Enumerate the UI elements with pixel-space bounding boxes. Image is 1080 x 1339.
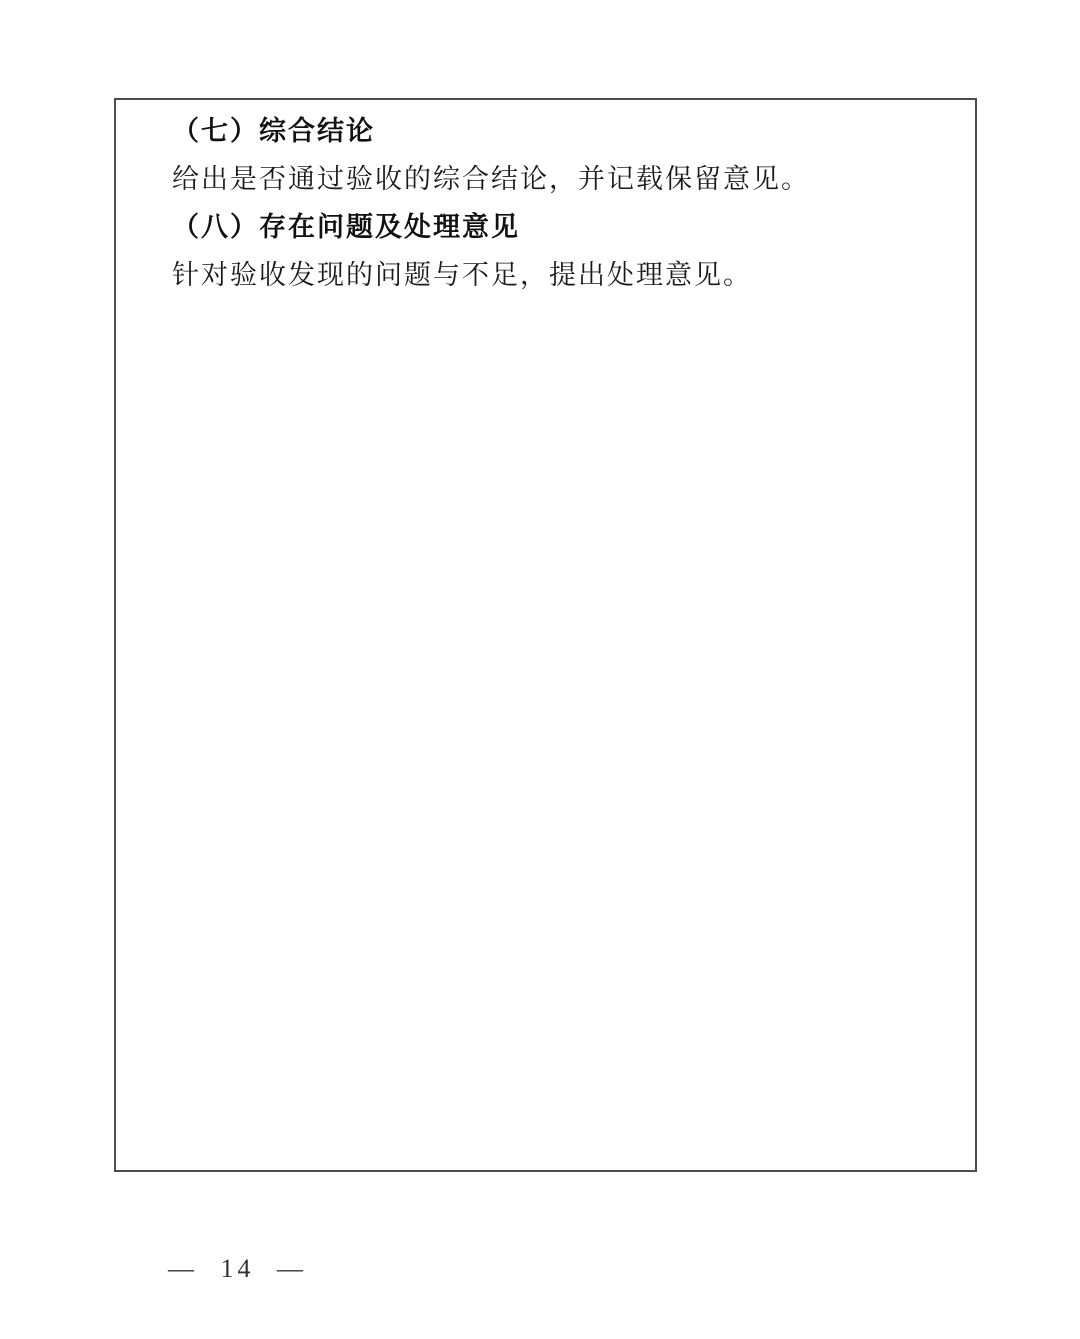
section-body-7: 给出是否通过验收的综合结论，并记载保留意见。 xyxy=(172,156,935,204)
section-body-8: 针对验收发现的问题与不足，提出处理意见。 xyxy=(172,252,935,300)
section-heading-8: （八）存在问题及处理意见 xyxy=(172,204,935,252)
section-heading-7: （七）综合结论 xyxy=(172,108,935,156)
page-number: — 14 — xyxy=(168,1254,307,1284)
content-border-box: （七）综合结论 给出是否通过验收的综合结论，并记载保留意见。 （八）存在问题及处… xyxy=(114,98,977,1172)
document-page: （七）综合结论 给出是否通过验收的综合结论，并记载保留意见。 （八）存在问题及处… xyxy=(0,0,1080,1339)
